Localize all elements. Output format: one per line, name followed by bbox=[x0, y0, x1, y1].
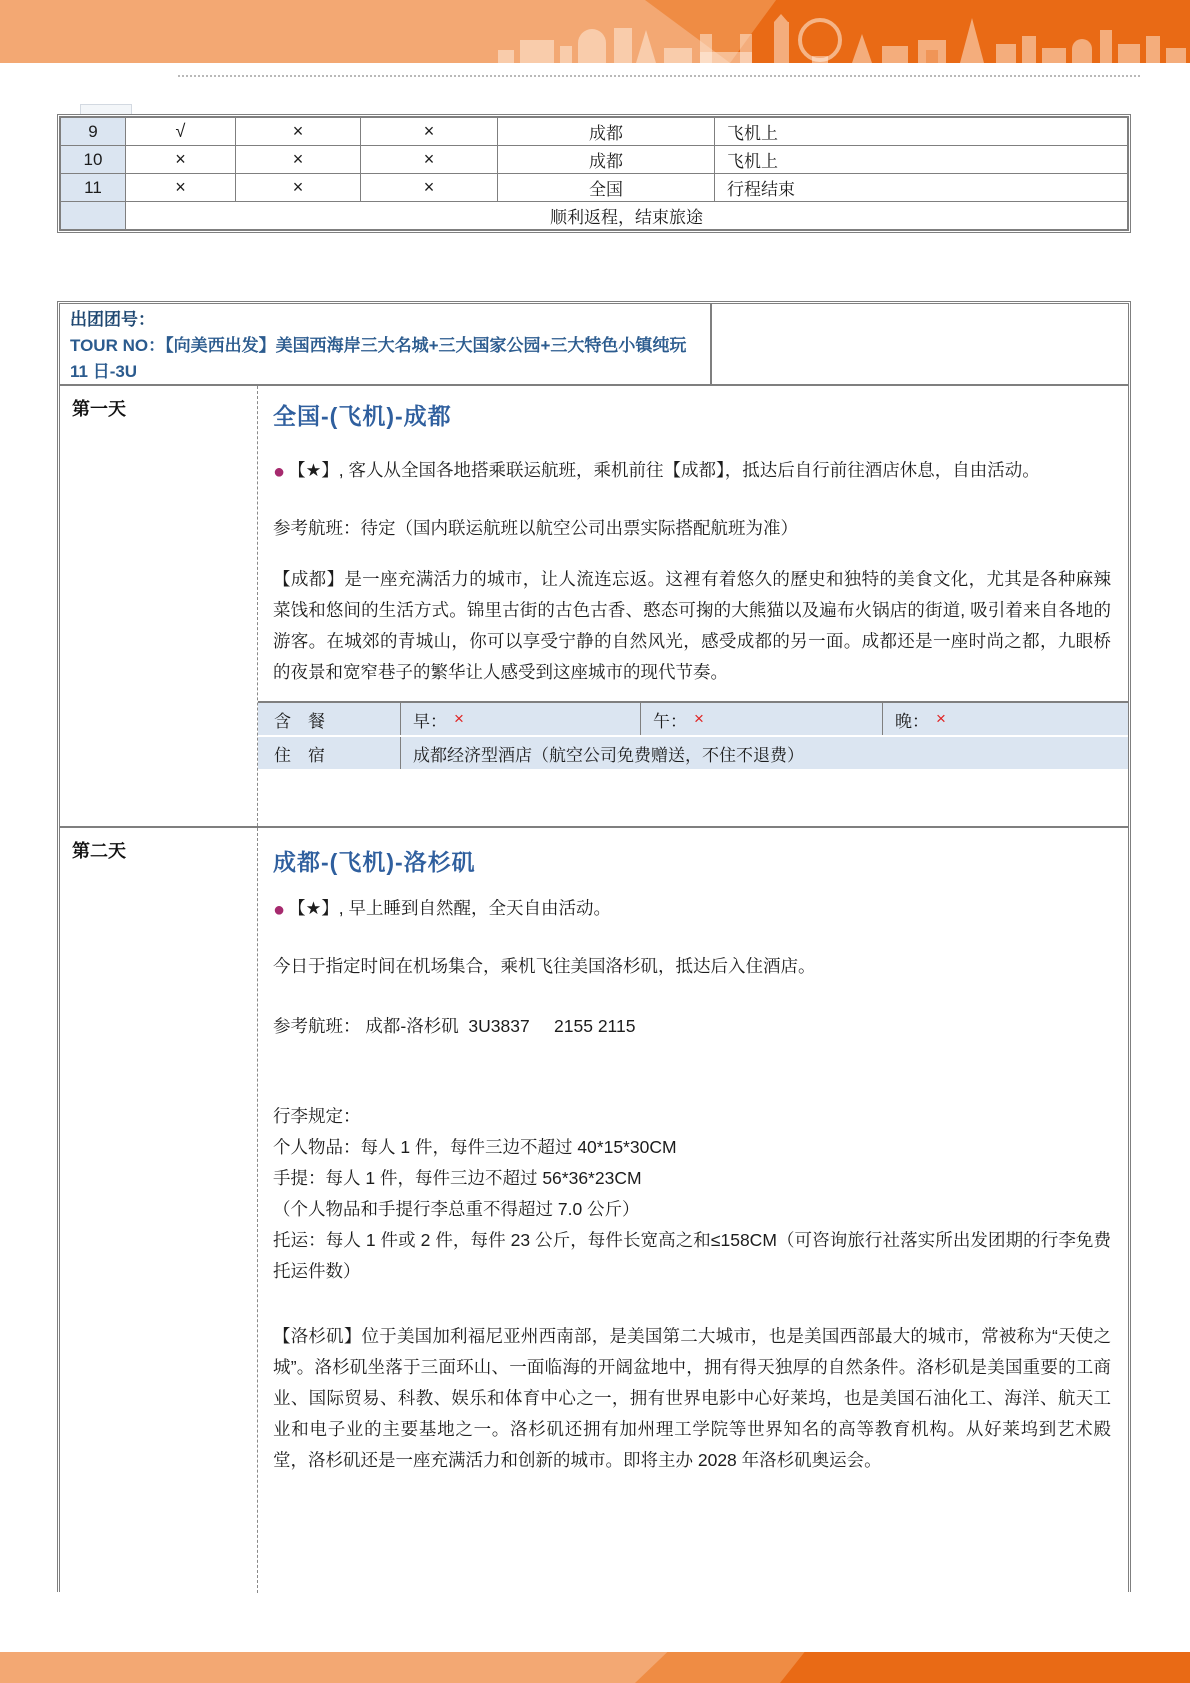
schedule-row-day9: 9 √ × × 成都 飞机上 bbox=[61, 118, 1128, 146]
day1-flight-reference: 参考航班：待定（国内联运航班以航空公司出票实际搭配航班为准） bbox=[273, 513, 1111, 544]
dinner-x-mark: × bbox=[936, 709, 946, 729]
tour-number-row: 出团团号： TOUR NO：【向美西出发】美国西海岸三大名城+三大国家公园+三大… bbox=[60, 304, 1128, 386]
dinner-cell: 晚：× bbox=[882, 703, 1128, 735]
schedule-row-day10: 10 × × × 成都 飞机上 bbox=[61, 146, 1128, 174]
schedule-row-day11: 11 × × × 全国 行程结束 bbox=[61, 174, 1128, 202]
hotel-value: 成都经济型酒店（航空公司免费赠送，不住不退费） bbox=[400, 737, 1128, 769]
page-footer-band bbox=[0, 1652, 1190, 1683]
day-number-cell: 9 bbox=[61, 118, 126, 146]
day1-label: 第一天 bbox=[60, 386, 258, 826]
itinerary-box: 出团团号： TOUR NO：【向美西出发】美国西海岸三大名城+三大国家公园+三大… bbox=[57, 301, 1131, 1592]
day2-highlight-paragraph: ●【★】, 早上睡到自然醒，全天自由活动。 bbox=[273, 893, 1111, 924]
day1-meal-hotel-table: 含 餐 早：× 午：× 晚：× 住 宿 成都经济型酒店（航空公司免费赠送，不住不… bbox=[258, 701, 1128, 769]
breakfast-mark-cell: × bbox=[126, 174, 236, 202]
city-cell: 成都 bbox=[498, 146, 715, 174]
chengdu-intro-paragraph: 【成都】是一座充满活力的城市，让人流连忘返。这裡有着悠久的歷史和独特的美食文化，… bbox=[273, 564, 1111, 688]
day2-label: 第二天 bbox=[60, 828, 258, 1593]
tour-number-cell: 出团团号： TOUR NO：【向美西出发】美国西海岸三大名城+三大国家公园+三大… bbox=[60, 304, 712, 384]
header-dotted-divider bbox=[178, 75, 1140, 77]
city-cell: 成都 bbox=[498, 118, 715, 146]
hotel-row: 住 宿 成都经济型酒店（航空公司免费赠送，不住不退费） bbox=[258, 735, 1128, 769]
magenta-bullet-icon: ● bbox=[273, 899, 285, 921]
dinner-mark-cell: × bbox=[361, 146, 498, 174]
day2-assembly-note: 今日于指定时间在机场集合，乘机飞往美国洛杉矶，抵达后入住酒店。 bbox=[273, 951, 1111, 982]
meals-row: 含 餐 早：× 午：× 晚：× bbox=[258, 703, 1128, 735]
baggage-rules-title: 行李规定： bbox=[273, 1101, 1111, 1132]
breakfast-mark-cell: × bbox=[126, 146, 236, 174]
lunch-mark-cell: × bbox=[236, 146, 361, 174]
day2-route-title: 成都-(飞机)-洛杉矶 bbox=[273, 844, 1111, 877]
schedule-table: 9 √ × × 成都 飞机上 10 × × × 成都 飞机上 11 × × × … bbox=[57, 114, 1131, 233]
day2-highlight-text: 【★】, 早上睡到自然醒，全天自由活动。 bbox=[288, 898, 611, 918]
day2-row: 第二天 成都-(飞机)-洛杉矶 ●【★】, 早上睡到自然醒，全天自由活动。 今日… bbox=[60, 828, 1128, 1593]
breakfast-label: 早： bbox=[413, 707, 447, 732]
breakfast-mark-cell: √ bbox=[126, 118, 236, 146]
tour-number-empty-cell bbox=[712, 304, 1128, 384]
lunch-cell: 午：× bbox=[640, 703, 882, 735]
dinner-mark-cell: × bbox=[361, 118, 498, 146]
city-skyline-icon bbox=[490, 0, 1190, 63]
dinner-mark-cell: × bbox=[361, 174, 498, 202]
day2-content: 成都-(飞机)-洛杉矶 ●【★】, 早上睡到自然醒，全天自由活动。 今日于指定时… bbox=[258, 828, 1128, 1593]
day1-highlight-paragraph: ●【★】, 客人从全国各地搭乘联运航班，乘机前往【成都】，抵达后自行前往酒店休息… bbox=[273, 455, 1111, 486]
day2-flight-reference: 参考航班： 成都-洛杉矶 3U3837 2155 2115 bbox=[273, 1011, 1111, 1042]
day1-row: 第一天 全国-(飞机)-成都 ●【★】, 客人从全国各地搭乘联运航班，乘机前往【… bbox=[60, 386, 1128, 828]
note-cell: 飞机上 bbox=[715, 118, 1128, 146]
baggage-rule-carryon: 手提：每人 1 件，每件三边不超过 56*36*23CM bbox=[273, 1163, 1111, 1194]
breakfast-x-mark: × bbox=[454, 709, 464, 729]
dinner-label: 晚： bbox=[895, 707, 929, 732]
lunch-mark-cell: × bbox=[236, 174, 361, 202]
tour-number-text: TOUR NO：【向美西出发】美国西海岸三大名城+三大国家公园+三大特色小镇纯玩… bbox=[70, 333, 698, 385]
empty-number-cell bbox=[61, 202, 126, 230]
day1-highlight-text: 【★】, 客人从全国各地搭乘联运航班，乘机前往【成都】，抵达后自行前往酒店休息，… bbox=[288, 460, 1040, 480]
lunch-label: 午： bbox=[653, 707, 687, 732]
meals-label: 含 餐 bbox=[258, 703, 400, 735]
baggage-rule-weight: （个人物品和手提行李总重不得超过 7.0 公斤） bbox=[273, 1194, 1111, 1225]
note-cell: 行程结束 bbox=[715, 174, 1128, 202]
group-number-label: 出团团号： bbox=[70, 307, 698, 333]
footer-dark-orange bbox=[780, 1652, 1190, 1683]
los-angeles-intro-paragraph: 【洛杉矶】位于美国加利福尼亚州西南部，是美国第二大城市，也是美国西部最大的城市，… bbox=[273, 1321, 1111, 1476]
lunch-mark-cell: × bbox=[236, 118, 361, 146]
day1-content: 全国-(飞机)-成都 ●【★】, 客人从全国各地搭乘联运航班，乘机前往【成都】，… bbox=[258, 386, 1128, 826]
day1-route-title: 全国-(飞机)-成都 bbox=[273, 398, 1111, 431]
page-cut-remnant bbox=[80, 104, 132, 114]
day-number-cell: 10 bbox=[61, 146, 126, 174]
magenta-bullet-icon: ● bbox=[273, 461, 285, 483]
note-cell: 飞机上 bbox=[715, 146, 1128, 174]
baggage-rule-checked: 托运：每人 1 件或 2 件，每件 23 公斤，每件长宽高之和≤158CM（可咨… bbox=[273, 1225, 1111, 1287]
day-number-cell: 11 bbox=[61, 174, 126, 202]
baggage-rule-personal: 个人物品：每人 1 件，每件三边不超过 40*15*30CM bbox=[273, 1132, 1111, 1163]
schedule-footer-row: 顺利返程，结束旅途 bbox=[61, 202, 1128, 230]
trip-end-note: 顺利返程，结束旅途 bbox=[126, 202, 1128, 230]
itinerary-page: 9 √ × × 成都 飞机上 10 × × × 成都 飞机上 11 × × × … bbox=[0, 0, 1190, 1683]
breakfast-cell: 早：× bbox=[400, 703, 640, 735]
city-cell: 全国 bbox=[498, 174, 715, 202]
hotel-label: 住 宿 bbox=[258, 737, 400, 769]
lunch-x-mark: × bbox=[694, 709, 704, 729]
page-header-band bbox=[0, 0, 1190, 63]
